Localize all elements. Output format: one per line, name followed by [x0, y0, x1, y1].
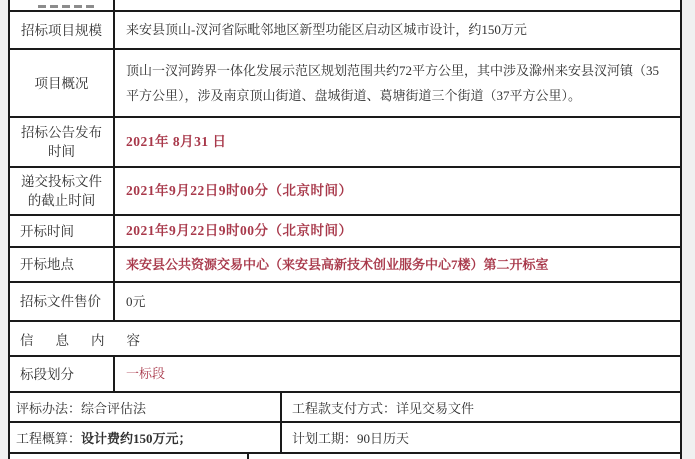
page: 招标项目规模 来安县顶山-汊河省际毗邻地区新型功能区启动区城市设计，约150万元…	[0, 0, 695, 459]
table-row-clipped-top	[10, 0, 680, 12]
project-overview-text: 顶山一汊河跨界一体化发展示范区规划范围共约72平方公里，其中涉及滁州来安县汊河镇…	[126, 58, 659, 108]
bid-opening-place-text: 来安县公共资源交易中心（来安县高新技术创业服务中心7楼）第二开标室	[126, 253, 549, 277]
clipped-bottom-left-cell	[10, 454, 249, 459]
announcement-date: 2021年 8月31 日	[126, 130, 227, 154]
project-scale-label: 招标项目规模	[10, 12, 115, 48]
announcement-time-value: 2021年 8月31 日	[115, 118, 680, 166]
tender-notice-table: 招标项目规模 来安县顶山-汊河省际毗邻地区新型功能区启动区城市设计，约150万元…	[8, 0, 682, 459]
table-row-evaluation: 评标办法：综合评估法 工程款支付方式：详见交易文件	[10, 393, 680, 423]
document-price-value: 0元	[115, 283, 680, 320]
bid-opening-time-value: 2021年9月22日9时00分（北京时间）	[115, 216, 680, 246]
clipped-value-cell	[115, 0, 680, 10]
table-row-clipped-bottom	[10, 454, 680, 459]
project-overview-label: 项目概况	[10, 50, 115, 116]
bid-opening-date: 2021年9月22日9时00分（北京时间）	[126, 219, 353, 243]
budget-prefix: 工程概算：	[16, 428, 81, 447]
table-row-document-price: 招标文件售价 0元	[10, 283, 680, 322]
section-division-value: 一标段	[115, 357, 680, 391]
table-row-budget: 工程概算：设计费约150万元； 计划工期：90日历天	[10, 423, 680, 454]
bid-deadline-date: 2021年9月22日9时00分（北京时间）	[126, 179, 353, 203]
budget-amount: 设计费约150万元；	[81, 428, 192, 447]
evaluation-method-cell: 评标办法：综合评估法	[10, 393, 282, 421]
planned-duration-cell: 计划工期：90日历天	[282, 423, 680, 452]
section-division-text: 一标段	[126, 362, 165, 386]
table-row-project-overview: 项目概况 顶山一汊河跨界一体化发展示范区规划范围共约72平方公里，其中涉及滁州来…	[10, 50, 680, 118]
table-row-bid-opening-place: 开标地点 来安县公共资源交易中心（来安县高新技术创业服务中心7楼）第二开标室	[10, 248, 680, 283]
clipped-text-remnant	[38, 5, 94, 8]
table-row-info-header: 信息内容	[10, 322, 680, 357]
bid-opening-place-value: 来安县公共资源交易中心（来安县高新技术创业服务中心7楼）第二开标室	[115, 248, 680, 281]
payment-method-cell: 工程款支付方式：详见交易文件	[282, 393, 680, 421]
project-overview-value: 顶山一汊河跨界一体化发展示范区规划范围共约72平方公里，其中涉及滁州来安县汊河镇…	[115, 50, 680, 116]
section-division-label: 标段划分	[10, 357, 115, 391]
table-row-bid-opening-time: 开标时间 2021年9月22日9时00分（北京时间）	[10, 216, 680, 248]
table-row-project-scale: 招标项目规模 来安县顶山-汊河省际毗邻地区新型功能区启动区城市设计，约150万元	[10, 12, 680, 50]
bid-deadline-value: 2021年9月22日9时00分（北京时间）	[115, 168, 680, 214]
document-price-label: 招标文件售价	[10, 283, 115, 320]
info-header-label: 信息内容	[10, 322, 680, 355]
bid-deadline-label: 递交投标文件的截止时间	[10, 168, 115, 214]
table-row-bid-deadline: 递交投标文件的截止时间 2021年9月22日9时00分（北京时间）	[10, 168, 680, 216]
clipped-bottom-right-cell	[249, 454, 680, 459]
project-scale-value: 来安县顶山-汊河省际毗邻地区新型功能区启动区城市设计，约150万元	[115, 12, 680, 48]
clipped-label-cell	[10, 0, 115, 10]
table-row-section-division: 标段划分 一标段	[10, 357, 680, 393]
bid-opening-place-label: 开标地点	[10, 248, 115, 281]
announcement-time-label: 招标公告发布时间	[10, 118, 115, 166]
table-row-announcement-time: 招标公告发布时间 2021年 8月31 日	[10, 118, 680, 168]
bid-opening-time-label: 开标时间	[10, 216, 115, 246]
budget-cell: 工程概算：设计费约150万元；	[10, 423, 282, 452]
